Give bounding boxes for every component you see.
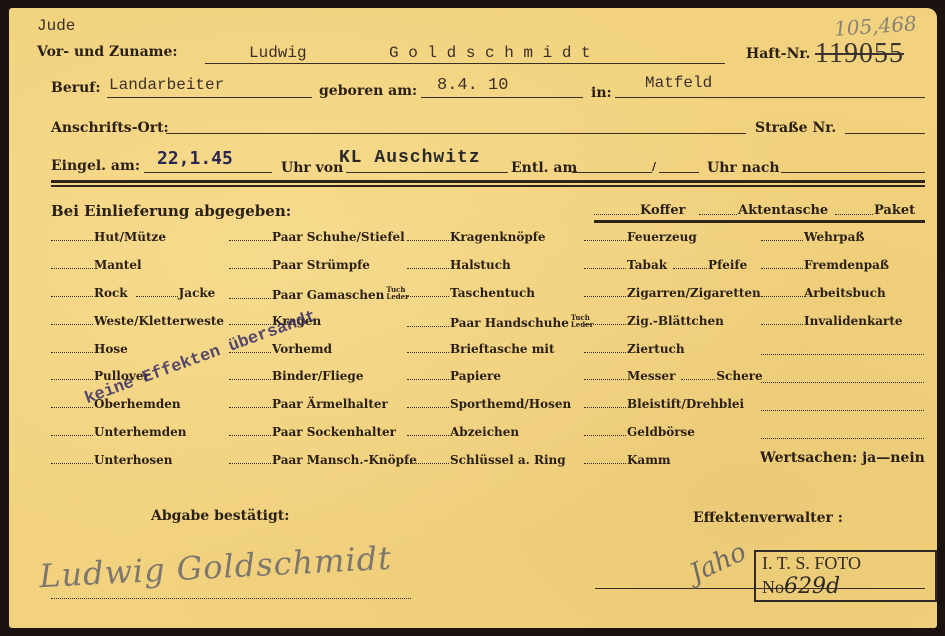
item-geldboerse: Geldbörse bbox=[584, 425, 695, 439]
container-rule bbox=[594, 220, 925, 223]
effektenverwalter-label: Effektenverwalter : bbox=[693, 510, 843, 526]
haft-nr-label: Haft-Nr. bbox=[746, 46, 810, 62]
its-foto-stamp: I. T. S. FOTO No629d bbox=[754, 550, 937, 602]
item-invalidenkarte: Invalidenkarte bbox=[761, 314, 903, 328]
container-paket: Paket bbox=[835, 203, 915, 218]
item-ziertuch: Ziertuch bbox=[584, 342, 685, 356]
uhr-nach-line bbox=[781, 172, 925, 173]
item-kamm: Kamm bbox=[584, 453, 671, 467]
item-gamaschen: Paar GamaschenTuchLeder bbox=[229, 286, 409, 302]
item-arbeitsbuch: Arbeitsbuch bbox=[761, 286, 886, 300]
item-feuerzeug: Feuerzeug bbox=[584, 230, 697, 244]
item-kragenknoepfe: Kragenknöpfe bbox=[407, 230, 546, 244]
item-hose: Hose bbox=[51, 342, 128, 356]
uhr-nach-label: Uhr nach bbox=[707, 160, 780, 176]
item-brieftasche: Brieftasche mit bbox=[407, 342, 555, 356]
haft-nr-value: 119055 bbox=[815, 38, 904, 70]
eingel-label: Eingel. am: bbox=[51, 158, 140, 174]
entl-time-line bbox=[659, 172, 699, 173]
name-label: Vor- und Zuname: bbox=[37, 44, 178, 60]
item-tabak: TabakPfeife bbox=[584, 258, 747, 272]
blank-line-2 bbox=[761, 382, 924, 383]
archive-number: 105,468 bbox=[833, 11, 917, 41]
blank-line-4 bbox=[761, 438, 924, 439]
item-taschentuch: Taschentuch bbox=[407, 286, 535, 300]
anschrift-label: Anschrifts-Ort: bbox=[51, 120, 169, 136]
wertsachen-label: Wertsachen: ja—nein bbox=[760, 450, 925, 466]
blank-line-1 bbox=[761, 354, 924, 355]
item-fremdenpass: Fremdenpaß bbox=[761, 258, 889, 272]
anschrift-line bbox=[166, 133, 746, 134]
official-initials: Jaho bbox=[685, 537, 751, 589]
item-binder: Binder/Fliege bbox=[229, 369, 363, 383]
category-label: Jude bbox=[37, 17, 75, 35]
item-mantel: Mantel bbox=[51, 258, 142, 272]
beruf-line bbox=[107, 97, 312, 98]
geboren-value: 8.4. 10 bbox=[437, 76, 508, 95]
abgabe-label: Abgabe bestätigt: bbox=[151, 508, 289, 524]
item-struempfe: Paar Strümpfe bbox=[229, 258, 370, 272]
item-papiere: Papiere bbox=[407, 369, 501, 383]
prisoner-effects-card: Jude 105,468 Vor- und Zuname: Ludwig G o… bbox=[9, 8, 937, 628]
entl-date-line bbox=[572, 172, 652, 173]
container-koffer: Koffer bbox=[594, 203, 685, 218]
uhr-von-line bbox=[346, 172, 508, 173]
item-messer: MesserSchere bbox=[584, 369, 763, 383]
item-zigarren: Zigarren/Zigaretten bbox=[584, 286, 761, 300]
uhr-von-label: Uhr von bbox=[281, 160, 343, 176]
entl-slash: / bbox=[652, 160, 656, 173]
beruf-label: Beruf: bbox=[51, 80, 101, 96]
item-abzeichen: Abzeichen bbox=[407, 425, 519, 439]
item-rock: RockJacke bbox=[51, 286, 215, 300]
item-aermelhalter: Paar Ärmelhalter bbox=[229, 397, 388, 411]
divider-rule-thin bbox=[51, 185, 925, 187]
uhr-von-value: KL Auschwitz bbox=[339, 148, 481, 168]
item-schuhe: Paar Schuhe/Stiefel bbox=[229, 230, 405, 244]
entl-label: Entl. am bbox=[511, 160, 577, 176]
prisoner-signature: Ludwig Goldschmidt bbox=[38, 539, 393, 595]
container-aktentasche: Aktentasche bbox=[699, 203, 828, 218]
name-line bbox=[205, 63, 725, 64]
blank-line-3 bbox=[761, 410, 924, 411]
item-hut: Hut/Mütze bbox=[51, 230, 166, 244]
item-manschettenknoepfe: Paar Mansch.-Knöpfe bbox=[229, 453, 417, 467]
item-bleistift: Bleistift/Drehblei bbox=[584, 397, 744, 411]
item-zigblaettchen: Zig.-Blättchen bbox=[584, 314, 724, 328]
signature-line bbox=[51, 598, 411, 599]
section-title: Bei Einlieferung abgegeben: bbox=[51, 202, 291, 220]
in-line bbox=[615, 97, 925, 98]
strasse-line bbox=[845, 133, 925, 134]
eingel-value: 22,1.45 bbox=[157, 148, 233, 169]
item-unterhemden: Unterhemden bbox=[51, 425, 187, 439]
item-handschuhe: Paar HandschuheTuchLeder bbox=[407, 314, 593, 330]
item-schluessel: Schlüssel a. Ring bbox=[407, 453, 566, 467]
beruf-value: Landarbeiter bbox=[109, 76, 224, 94]
geboren-line bbox=[421, 97, 583, 98]
in-label: in: bbox=[591, 85, 612, 101]
its-foto-number: 629d bbox=[784, 574, 840, 599]
item-weste: Weste/Kletterweste bbox=[51, 314, 224, 328]
item-sporthemd: Sporthemd/Hosen bbox=[407, 397, 571, 411]
strasse-label: Straße Nr. bbox=[755, 120, 836, 136]
item-unterhosen: Unterhosen bbox=[51, 453, 173, 467]
first-name-value: Ludwig bbox=[249, 44, 307, 62]
item-halstuch: Halstuch bbox=[407, 258, 511, 272]
eingel-line bbox=[144, 172, 272, 173]
last-name-value: G o l d s c h m i d t bbox=[389, 44, 591, 62]
divider-rule bbox=[51, 180, 925, 183]
item-wehrpass: Wehrpaß bbox=[761, 230, 864, 244]
in-value: Matfeld bbox=[645, 74, 712, 92]
geboren-label: geboren am: bbox=[319, 83, 417, 99]
item-sockenhalter: Paar Sockenhalter bbox=[229, 425, 396, 439]
